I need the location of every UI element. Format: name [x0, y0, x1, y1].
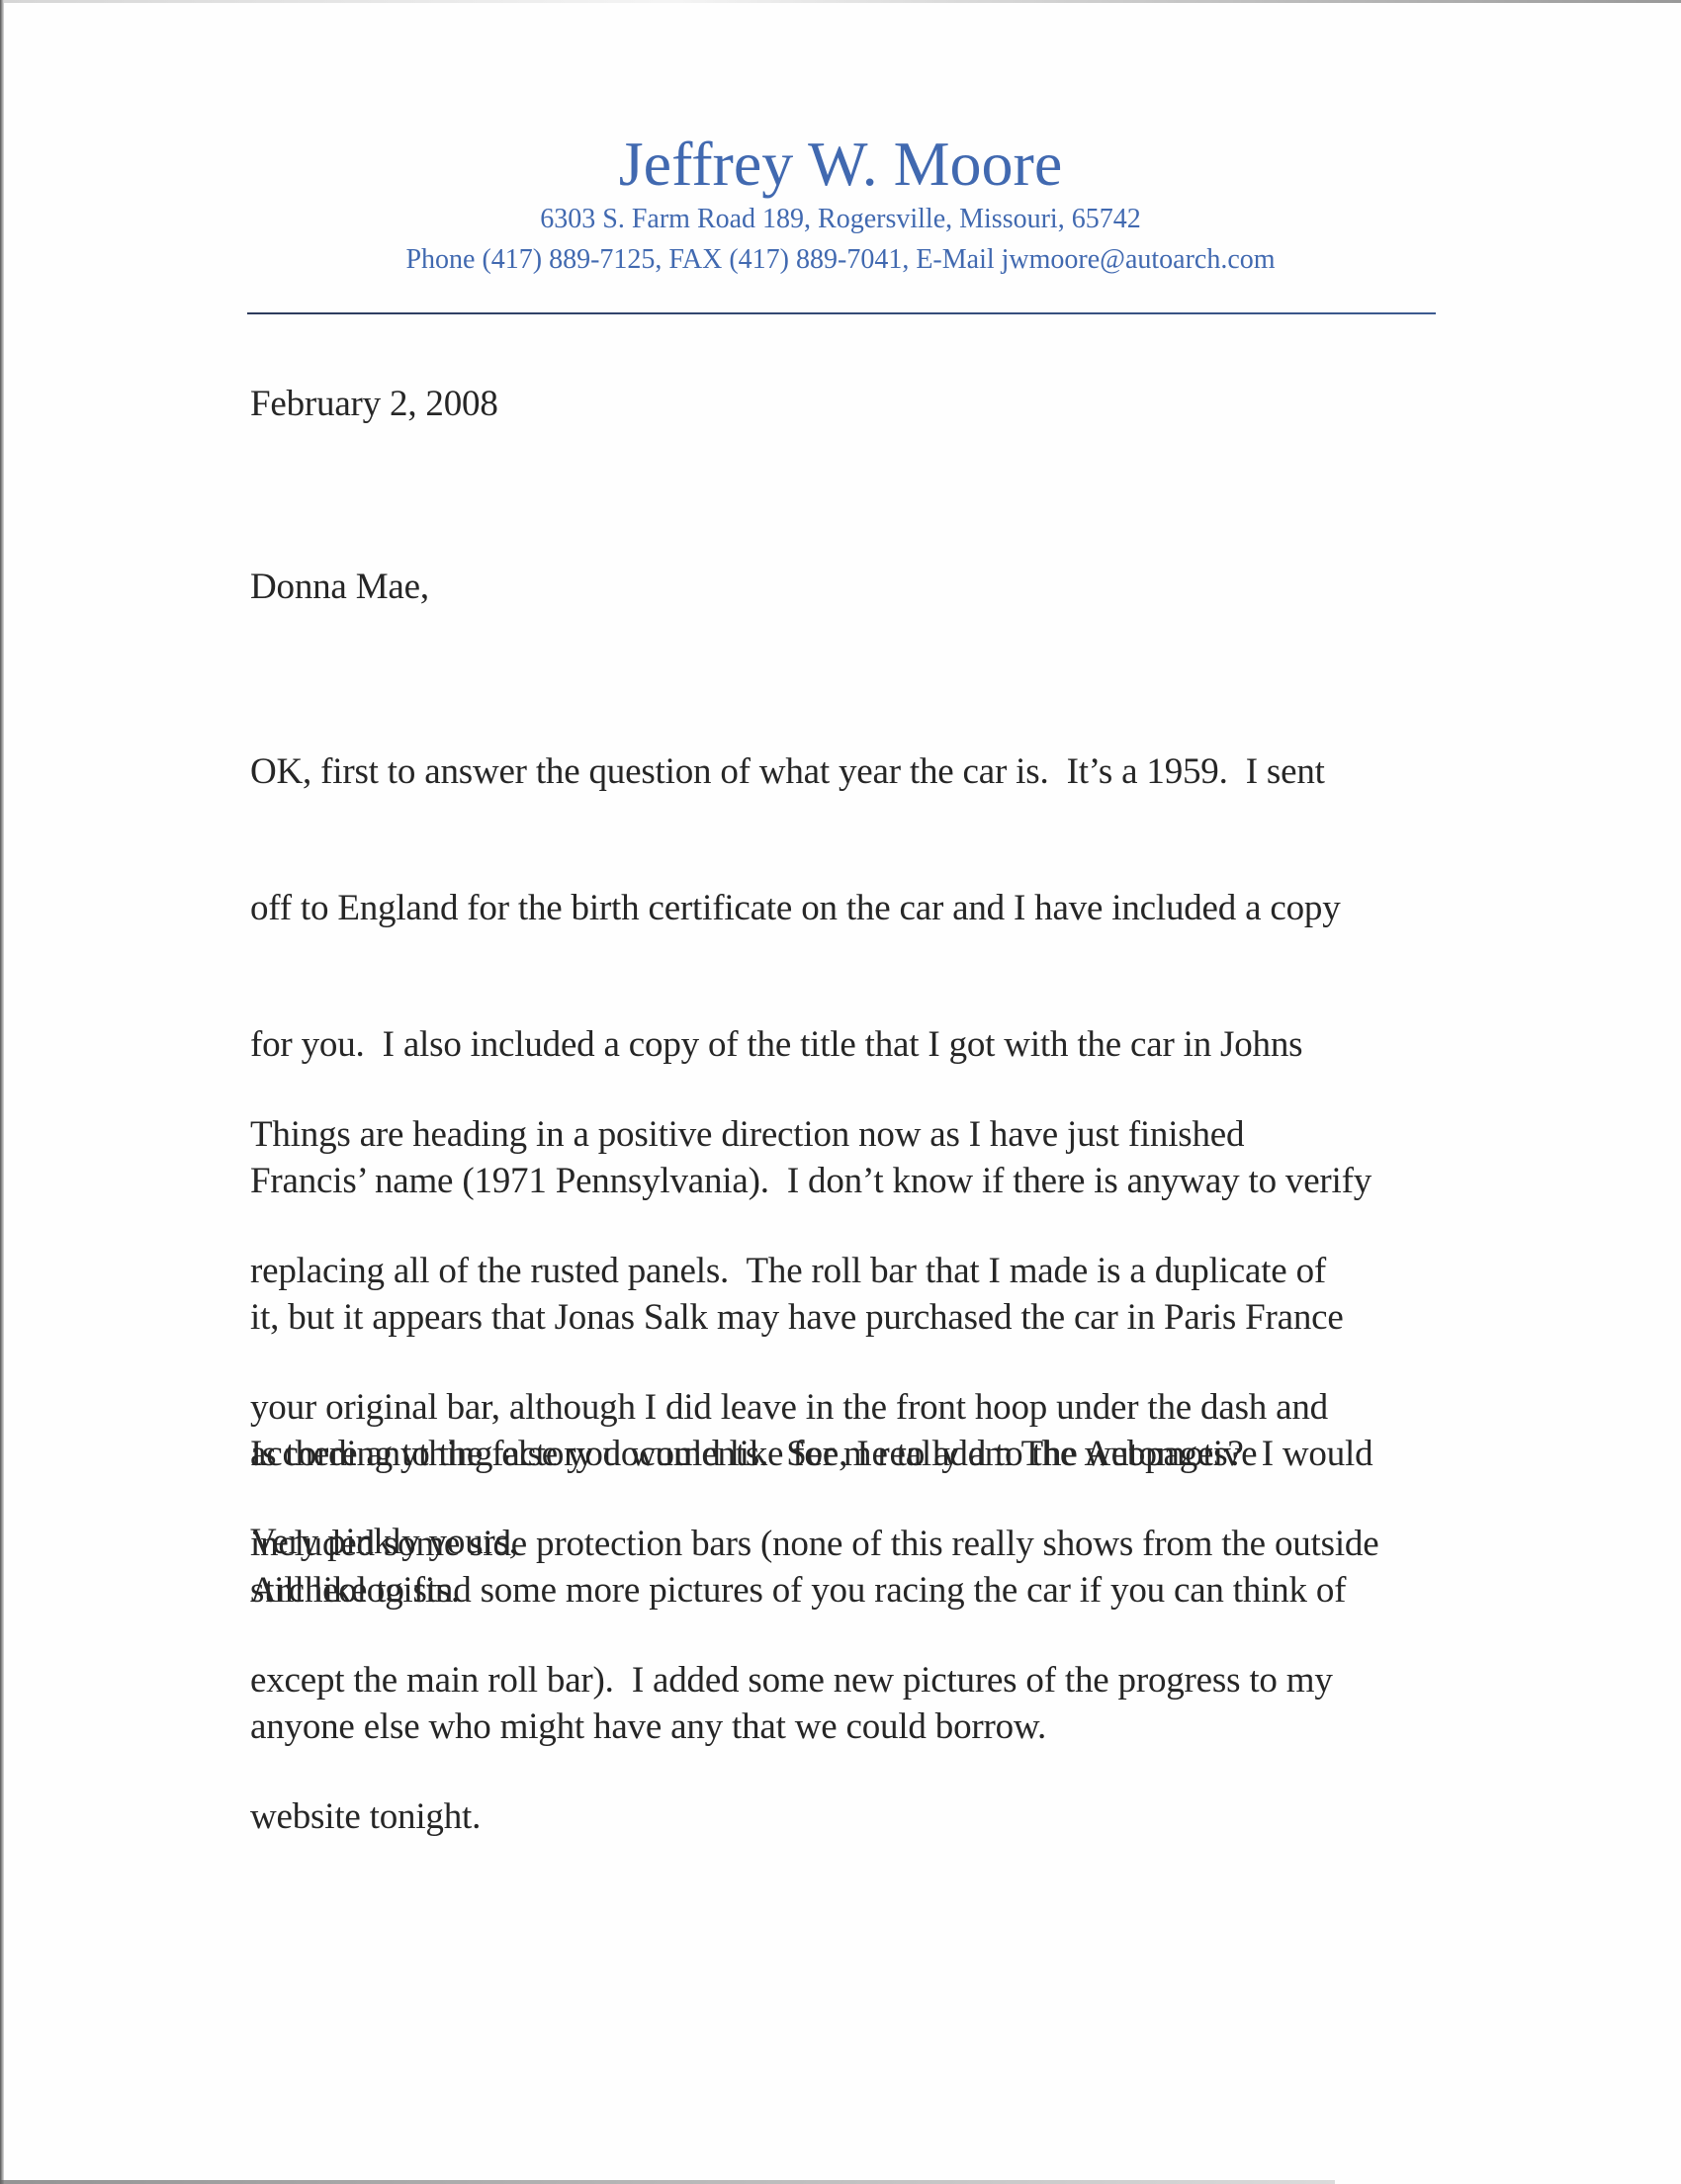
paragraph-line: still like to find some more pictures of… — [250, 1568, 1372, 1614]
paragraph-line: anyone else who might have any that we c… — [250, 1704, 1372, 1750]
paragraph-line: OK, first to answer the question of what… — [250, 749, 1371, 795]
letterhead-divider — [247, 312, 1436, 314]
paragraph-line: off to England for the birth certificate… — [250, 886, 1371, 931]
letterhead-name: Jeffrey W. Moore — [0, 125, 1681, 204]
letter-salutation: Donna Mae, — [250, 565, 429, 610]
paragraph-line: replacing all of the rusted panels. The … — [250, 1249, 1378, 1294]
scan-edge-left — [0, 0, 4, 2184]
paragraph-line: Things are heading in a positive directi… — [250, 1112, 1378, 1158]
letterhead-address: 6303 S. Farm Road 189, Rogersville, Miss… — [0, 202, 1681, 237]
paragraph-line: Is there anything else you would like fo… — [250, 1432, 1372, 1477]
letter-closing: Very pinkly yours, — [250, 1520, 518, 1565]
letter-date: February 2, 2008 — [250, 382, 498, 427]
scan-edge-bottom — [0, 2180, 1335, 2184]
paragraph-line: website tonight. — [250, 1794, 1378, 1840]
scan-edge-top — [0, 0, 1681, 3]
letterhead-contact: Phone (417) 889-7125, FAX (417) 889-7041… — [0, 242, 1681, 278]
letter-paragraph-3: Is there anything else you would like fo… — [250, 1341, 1372, 1795]
